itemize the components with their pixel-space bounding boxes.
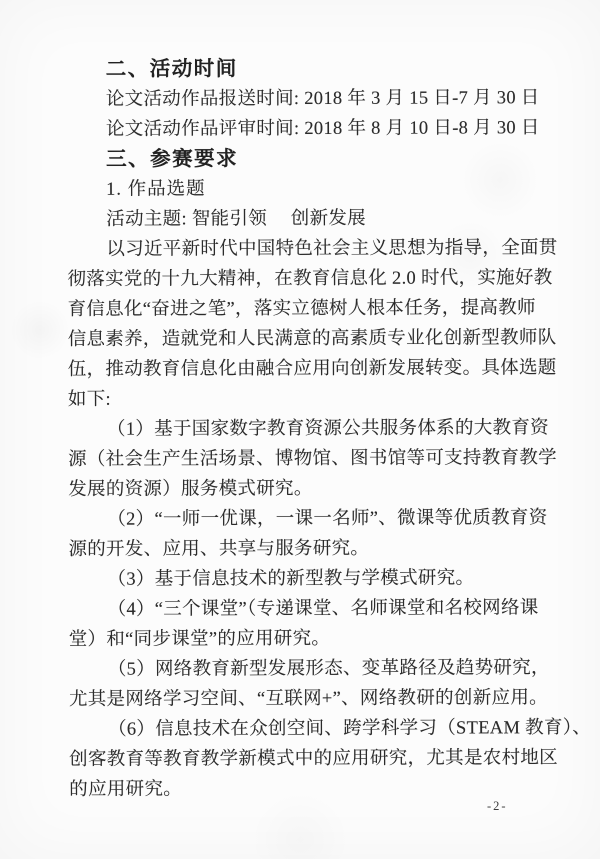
text-line-topic-6-a: （6）信息技术在众创空间、跨学科学习（STEAM 教育）、: [69, 713, 547, 745]
text-line-submission-time: 论文活动作品报送时间: 2018 年 3 月 15 日-7 月 30 日: [67, 83, 545, 115]
text-line-topic-2-b: 源的开发、应用、共享与服务研究。: [68, 533, 546, 565]
text-line-guiding-1: 以习近平新时代中国特色社会主义思想为指导，全面贯: [67, 233, 545, 265]
text-line-guiding-5: 伍，推动教育信息化由融合应用向创新发展转变。具体选题: [68, 353, 546, 385]
text-line-topic-3: （3）基于信息技术的新型教与学模式研究。: [68, 563, 546, 595]
text-line-guiding-3: 育信息化“奋进之笔”，落实立德树人根本任务，提高教师: [68, 293, 546, 325]
text-line-topic-1-c: 发展的资源）服务模式研究。: [68, 473, 546, 505]
scanned-document-page: 二、活动时间 论文活动作品报送时间: 2018 年 3 月 15 日-7 月 3…: [0, 0, 600, 859]
text-line-topic-2-a: （2）“一师一优课，一课一名师”、微课等优质教育资: [68, 503, 546, 535]
text-line-topic-5-b: 尤其是网络学习空间、“互联网+”、网络教研的创新应用。: [69, 683, 547, 715]
text-line-topic-1-b: 源（社会生产生活场景、博物馆、图书馆等可支持教育教学: [68, 443, 546, 475]
text-line-topic-1-a: （1）基于国家数字教育资源公共服务体系的大教育资: [68, 413, 546, 445]
text-line-topic-5-a: （5）网络教育新型发展形态、变革路径及趋势研究，: [69, 653, 547, 685]
subheading-topic-selection: 1. 作品选题: [67, 173, 545, 205]
text-line-topic-6-b: 创客教育等教育教学新模式中的应用研究，尤其是农村地区: [69, 743, 547, 775]
text-line-topic-4-b: 堂）和“同步课堂”的应用研究。: [69, 623, 547, 655]
text-line-guiding-2: 彻落实党的十九大精神，在教育信息化 2.0 时代，实施好教: [67, 263, 545, 295]
page-number: -2-: [487, 799, 508, 814]
text-line-topic-4-a: （4）“三个课堂”（专递课堂、名师课堂和名校网络课: [69, 593, 547, 625]
section-heading-entry-requirements: 三、参赛要求: [67, 143, 545, 175]
text-line-activity-theme: 活动主题: 智能引领 创新发展: [67, 203, 545, 235]
text-line-topic-6-c: 的应用研究。: [69, 773, 547, 805]
section-heading-activity-time: 二、活动时间: [67, 53, 545, 85]
text-line-review-time: 论文活动作品评审时间: 2018 年 8 月 10 日-8 月 30 日: [67, 113, 545, 145]
text-line-guiding-4: 信息素养，造就党和人民满意的高素质专业化创新型教师队: [68, 323, 546, 355]
text-line-guiding-6: 如下:: [68, 383, 546, 415]
document-body: 二、活动时间 论文活动作品报送时间: 2018 年 3 月 15 日-7 月 3…: [67, 53, 548, 805]
